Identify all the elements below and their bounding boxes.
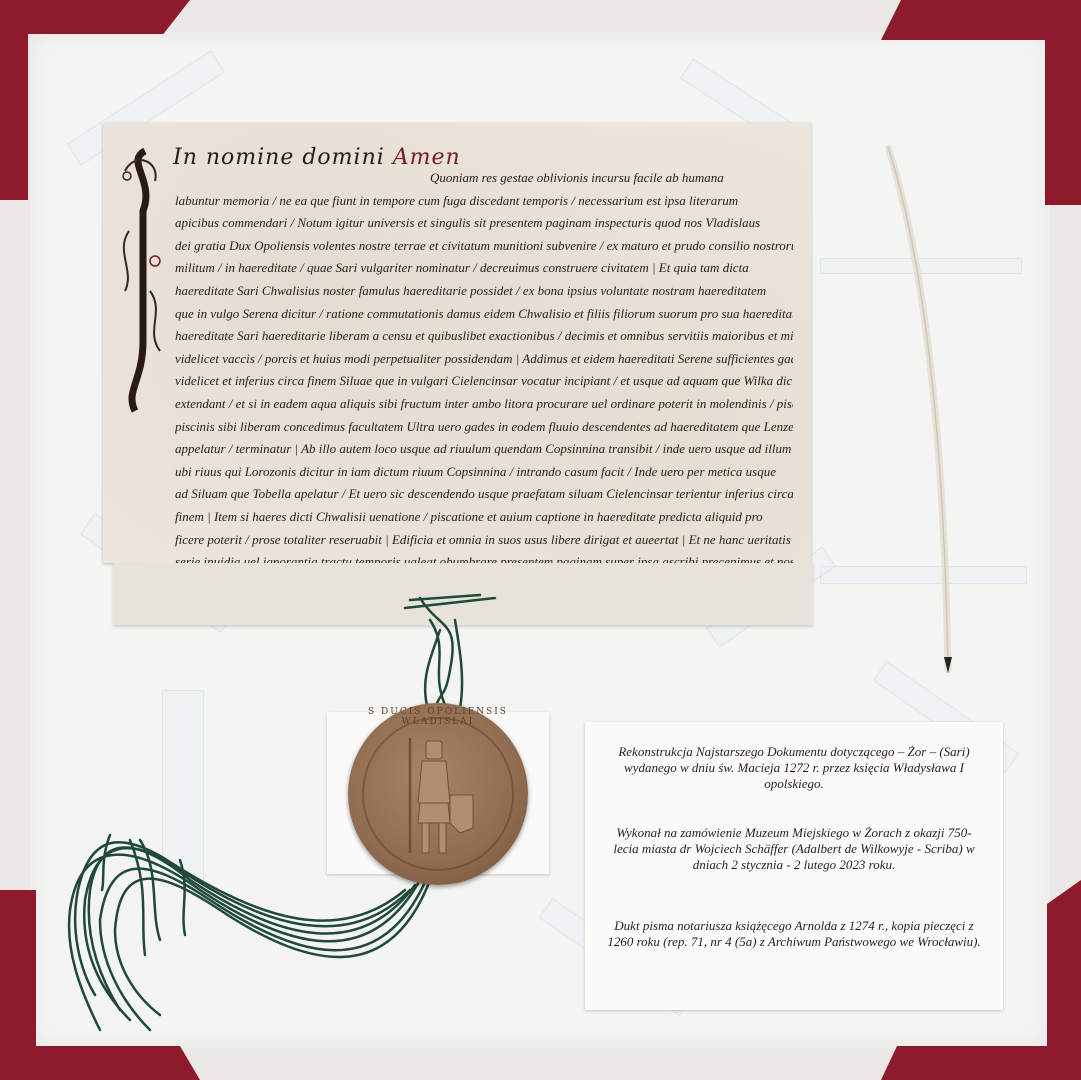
charter-line: que in vulgo Serena dicitur / ratione co… [175, 303, 793, 326]
frame-corner-bottom-left-side [0, 890, 36, 1080]
charter-line: extendant / et si in eadem aqua aliquis … [175, 393, 793, 416]
charter-line: apicibus commendari / Notum igitur unive… [175, 212, 793, 235]
quill-pen-icon [886, 145, 966, 675]
charter-line: militum / in haereditate / quae Sari vul… [175, 257, 793, 280]
wax-seal: S DUCIS OPOLIENSIS WLADISLAI [348, 703, 528, 885]
description-label-card: Rekonstrukcja Najstarszego Dokumentu dot… [585, 722, 1003, 1010]
charter-line: videlicet et inferius circa finem Siluae… [175, 370, 793, 393]
charter-line: haereditate Sari haereditarie liberam a … [175, 325, 793, 348]
charter-text: Quoniam res gestae oblivionis incursu fa… [175, 167, 793, 619]
illuminated-initial-icon [115, 141, 165, 421]
knight-figure-icon [388, 733, 488, 863]
frame-corner-bottom-right-side [1047, 880, 1081, 1080]
label-sources-paragraph: Dukt pisma notariusza książęcego Arnolda… [605, 918, 983, 950]
charter-line: videlicet vaccis / porcis et huius modi … [175, 348, 793, 371]
charter-line: labuntur memoria / ne ea que fiunt in te… [175, 190, 793, 213]
charter-line: appelatur / terminatur | Ab illo autem l… [175, 438, 793, 461]
charter-line: Quoniam res gestae oblivionis incursu fa… [175, 167, 793, 190]
seal-legend: S DUCIS OPOLIENSIS WLADISLAI [348, 707, 528, 727]
charter-document: In nomine domini Amen Quoniam res gestae… [103, 123, 811, 563]
charter-line: ubi riuus qui Lorozonis dicitur in iam d… [175, 461, 793, 484]
display-frame: In nomine domini Amen Quoniam res gestae… [0, 0, 1081, 1080]
label-credits-paragraph: Wykonał na zamówienie Muzeum Miejskiego … [605, 825, 983, 873]
charter-line: ad Siluam que Tobella apelatur / Et uero… [175, 483, 793, 506]
label-title-paragraph: Rekonstrukcja Najstarszego Dokumentu dot… [605, 744, 983, 792]
charter-line: ficere poterit / prose totaliter reserua… [175, 529, 793, 552]
frame-corner-top-left-side [0, 0, 28, 200]
charter-line: dei gratia Dux Opoliensis volentes nostr… [175, 235, 793, 258]
charter-line: piscinis sibi liberam concedimus faculta… [175, 416, 793, 439]
frame-corner-top-left [0, 0, 190, 34]
charter-line: finem | Item si haeres dicti Chwalisii u… [175, 506, 793, 529]
charter-line: haereditate Sari Chwalisius noster famul… [175, 280, 793, 303]
